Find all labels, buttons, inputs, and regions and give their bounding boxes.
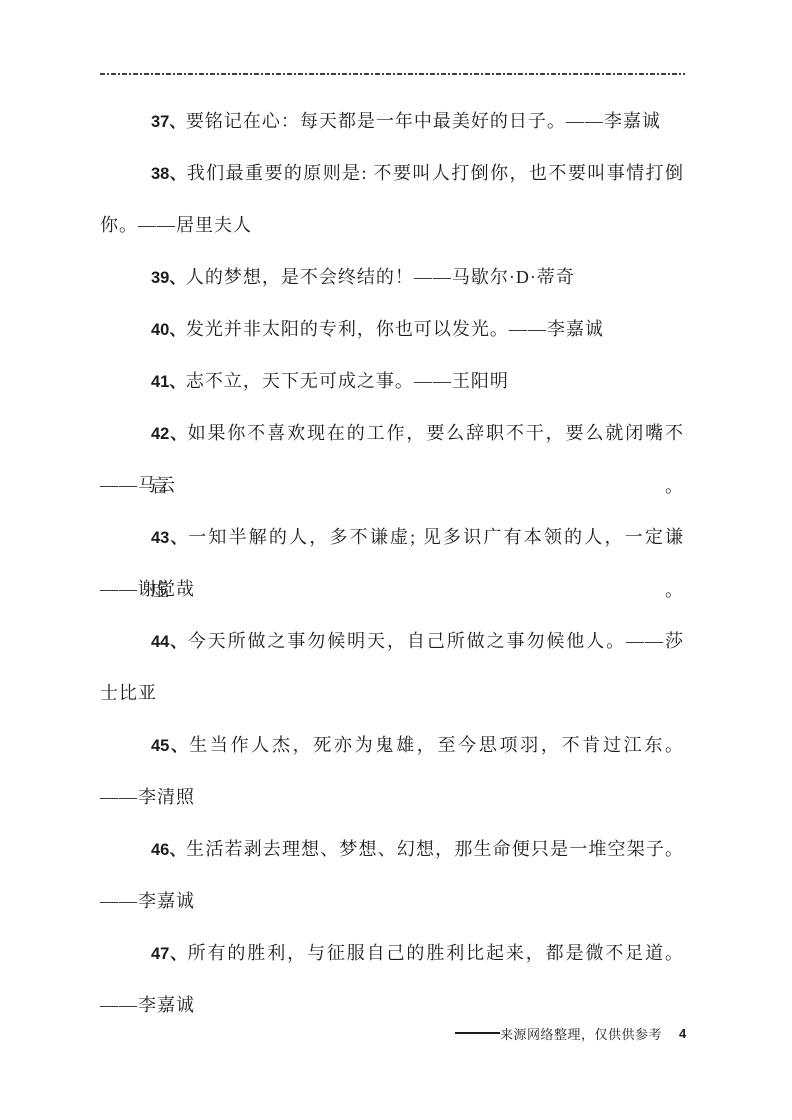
quote-number: 47、 [151, 945, 188, 963]
quote-text: 生活若剥去理想、梦想、幻想，那生命便只是一堆空架子。 [186, 839, 684, 859]
text-block: 37、要铭记在心：每天都是一年中最美好的日子。——李嘉诚38、我们最重要的原则是… [100, 95, 684, 1031]
quote-line: 40、发光并非太阳的专利，你也可以发光。——李嘉诚 [100, 303, 684, 355]
quote-line: 44、今天所做之事勿候明天，自己所做之事勿候他人。——莎 [100, 615, 684, 667]
footer-dash-line [455, 1032, 500, 1034]
quote-line: 47、所有的胜利，与征服自己的胜利比起来，都是微不足道。 [100, 927, 684, 979]
page-footer: 来源网络整理，仅供供参考 4 [455, 1023, 687, 1043]
quote-line: 38、我们最重要的原则是: 不要叫人打倒你，也不要叫事情打倒 [100, 147, 684, 199]
quote-text: 志不立，天下无可成之事。——王阳明 [186, 371, 509, 391]
quote-number: 44、 [151, 633, 188, 651]
quote-text: 士比亚 [100, 683, 157, 703]
quote-line: 45、生当作人杰，死亦为鬼雄，至今思项羽，不肯过江东。 [100, 719, 684, 771]
quote-number: 41、 [151, 373, 186, 391]
quote-line: 43、一知半解的人，多不谦虚; 见多识广有本领的人，一定谦虚。 [100, 511, 684, 563]
quote-text: 人的梦想，是不会终结的！——马歇尔·D·蒂奇 [186, 267, 575, 287]
quote-line: 37、要铭记在心：每天都是一年中最美好的日子。——李嘉诚 [100, 95, 684, 147]
quote-text: 今天所做之事勿候明天，自己所做之事勿候他人。——莎 [188, 631, 684, 651]
quote-number: 46、 [151, 841, 186, 859]
quote-line: ——李嘉诚 [100, 875, 684, 927]
quote-text: 如果你不喜欢现在的工作，要么辞职不干，要么就闭嘴不言。 [151, 423, 684, 496]
quote-text: 一知半解的人，多不谦虚; 见多识广有本领的人，一定谦虚。 [151, 527, 684, 600]
quote-number: 37、 [151, 113, 186, 131]
quote-text: 你。——居里夫人 [100, 215, 252, 235]
quote-text: 所有的胜利，与征服自己的胜利比起来，都是微不足道。 [188, 943, 684, 963]
page-number: 4 [679, 1026, 687, 1041]
quote-text: ——谢觉哉 [100, 579, 195, 599]
quote-number: 43、 [151, 529, 188, 547]
quote-text: 我们最重要的原则是: 不要叫人打倒你，也不要叫事情打倒 [187, 163, 684, 183]
quote-line: 41、志不立，天下无可成之事。——王阳明 [100, 355, 684, 407]
quote-number: 39、 [151, 269, 186, 287]
quote-text: 发光并非太阳的专利，你也可以发光。——李嘉诚 [186, 319, 604, 339]
quote-text: ——李嘉诚 [100, 891, 195, 911]
quote-line: 46、生活若剥去理想、梦想、幻想，那生命便只是一堆空架子。 [100, 823, 684, 875]
quote-line: 42、如果你不喜欢现在的工作，要么辞职不干，要么就闭嘴不言。 [100, 407, 684, 459]
quote-line: 你。——居里夫人 [100, 199, 684, 251]
section-separator-line [100, 73, 685, 75]
quote-number: 40、 [151, 321, 186, 339]
document-page: 37、要铭记在心：每天都是一年中最美好的日子。——李嘉诚38、我们最重要的原则是… [0, 0, 792, 1120]
quote-line: 士比亚 [100, 667, 684, 719]
quote-text: ——李清照 [100, 787, 195, 807]
quote-number: 42、 [151, 425, 188, 443]
quote-text: ——李嘉诚 [100, 995, 195, 1015]
quote-text: 生当作人杰，死亦为鬼雄，至今思项羽，不肯过江东。 [189, 735, 684, 755]
quote-number: 38、 [151, 165, 187, 183]
quote-text: ——马云 [100, 475, 176, 495]
quote-line: 39、人的梦想，是不会终结的！——马歇尔·D·蒂奇 [100, 251, 684, 303]
quote-line: ——李清照 [100, 771, 684, 823]
quote-text: 要铭记在心：每天都是一年中最美好的日子。——李嘉诚 [186, 111, 661, 131]
quote-number: 45、 [151, 737, 189, 755]
footer-source-text: 来源网络整理，仅供供参考 [500, 1024, 662, 1043]
